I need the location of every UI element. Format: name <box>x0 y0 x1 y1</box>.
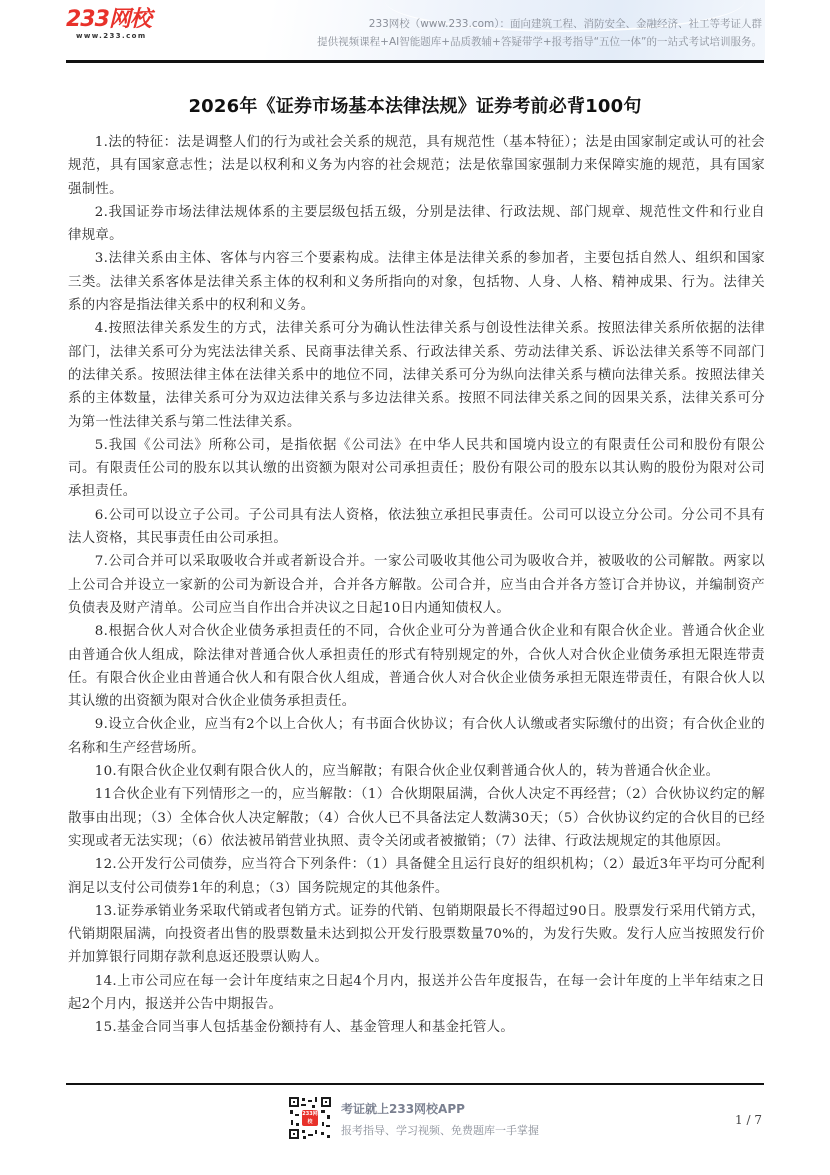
document-body: 1.法的特征：法是调整人们的行为或社会关系的规范，具有规范性（基本特征）；法是由… <box>68 131 765 1040</box>
paragraph-11: 11合伙企业有下列情形之一的，应当解散：（1）合伙期限届满，合伙人决定不再经营；… <box>68 783 765 853</box>
logo-text: 233网校 <box>66 8 176 32</box>
paragraph-4: 4.按照法律关系发生的方式，法律关系可分为确认性法律关系与创设性法律关系。按照法… <box>68 317 765 433</box>
document-title: 2026年《证券市场基本法律法规》证券考前必背100句 <box>0 92 830 118</box>
slogan-line-2: 提供视频课程+AI智能题库+品质教辅+答疑带学+报考指导“五位一体”的一站式考试… <box>317 33 762 51</box>
footer-app-title[interactable]: 考证就上233网校APP <box>341 1100 465 1117</box>
logo-url: www.233.com <box>76 32 176 41</box>
footer-app-subtitle: 报考指导、学习视频、免费题库一手掌握 <box>341 1122 539 1138</box>
slogan-line-1: 233网校（www.233.com）：面向建筑工程、消防安全、金融经济、社工等考… <box>317 15 762 33</box>
paragraph-5: 5.我国《公司法》所称公司，是指依据《公司法》在中华人民共和国境内设立的有限责任… <box>68 434 765 504</box>
paragraph-10: 10.有限合伙企业仅剩有限合伙人的，应当解散；有限合伙企业仅剩普通合伙人的，转为… <box>68 760 765 783</box>
paragraph-12: 12.公开发行公司债券，应当符合下列条件：（1）具备健全且运行良好的组织机构；（… <box>68 853 765 900</box>
paragraph-15: 15.基金合同当事人包括基金份额持有人、基金管理人和基金托管人。 <box>68 1016 765 1039</box>
site-logo[interactable]: 233网校 www.233.com <box>66 8 176 41</box>
qr-code-icon[interactable]: 233网校 <box>288 1096 332 1140</box>
footer-divider <box>66 1083 764 1085</box>
paragraph-9: 9.设立合伙企业，应当有2个以上合伙人；有书面合伙协议；有合伙人认缴或者实际缴付… <box>68 713 765 760</box>
paragraph-14: 14.上市公司应在每一会计年度结束之日起4个月内，报送并公告年度报告，在每一会计… <box>68 970 765 1017</box>
paragraph-6: 6.公司可以设立子公司。子公司具有法人资格，依法独立承担民事责任。公司可以设立分… <box>68 504 765 551</box>
header-divider <box>66 60 764 63</box>
paragraph-13: 13.证券承销业务采取代销或者包销方式。证券的代销、包销期限最长不得超过90日。… <box>68 900 765 970</box>
paragraph-8: 8.根据合伙人对合伙企业债务承担责任的不同，合伙企业可分为普通合伙企业和有限合伙… <box>68 620 765 713</box>
paragraph-7: 7.公司合并可以采取吸收合并或者新设合并。一家公司吸收其他公司为吸收合并，被吸收… <box>68 550 765 620</box>
paragraph-3: 3.法律关系由主体、客体与内容三个要素构成。法律主体是法律关系的参加者，主要包括… <box>68 247 765 317</box>
paragraph-1: 1.法的特征：法是调整人们的行为或社会关系的规范，具有规范性（基本特征）；法是由… <box>68 131 765 201</box>
qr-badge-logo: 233网校 <box>302 1110 318 1126</box>
header-slogan: 233网校（www.233.com）：面向建筑工程、消防安全、金融经济、社工等考… <box>317 15 762 51</box>
page-indicator: 1 / 7 <box>735 1113 762 1127</box>
paragraph-2: 2.我国证券市场法律法规体系的主要层级包括五级，分别是法律、行政法规、部门规章、… <box>68 201 765 248</box>
